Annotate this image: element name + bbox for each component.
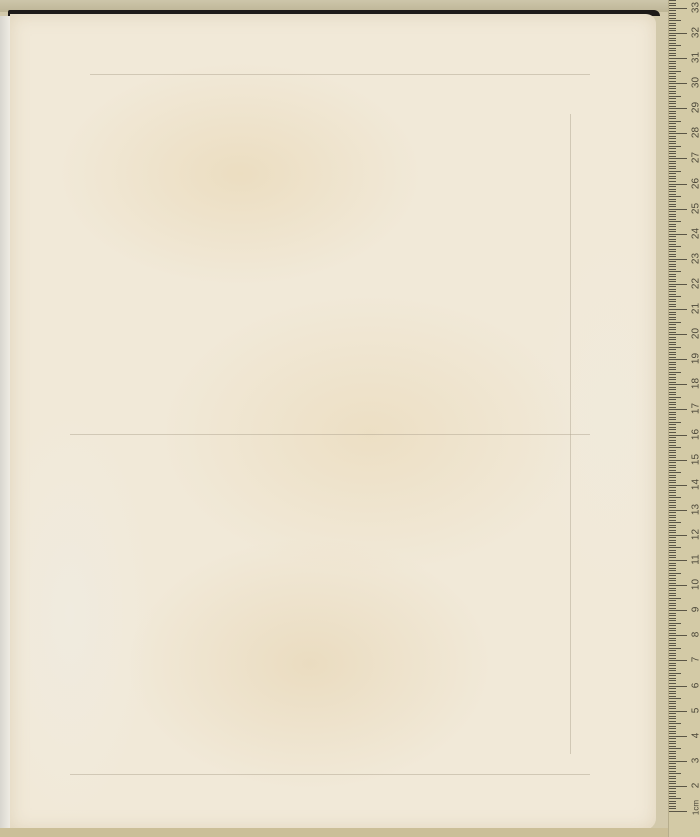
ruler-tick <box>669 168 676 169</box>
ruler-tick <box>669 359 687 360</box>
ruler-tick <box>669 58 687 59</box>
ruler-tick <box>669 181 676 182</box>
ruler-tick <box>669 557 676 558</box>
ruler-tick <box>669 638 676 639</box>
ruler-tick <box>669 216 676 217</box>
ruler-tick <box>669 15 676 16</box>
ruler-tick <box>669 204 676 205</box>
ruler-tick <box>669 299 676 300</box>
ruler-tick <box>669 673 681 674</box>
ruler-label: 21 <box>691 301 700 317</box>
ruler-tick <box>669 63 676 64</box>
ruler-tick <box>669 317 676 318</box>
ruler-tick <box>669 156 676 157</box>
ruler-tick <box>669 608 676 609</box>
ruler-tick <box>669 13 676 14</box>
ruler-label: 16 <box>691 426 700 442</box>
ruler-tick <box>669 811 687 812</box>
ruler-tick <box>669 327 676 328</box>
ruler-tick <box>669 688 676 689</box>
ruler-label: 23 <box>691 250 700 266</box>
ruler-tick <box>669 686 687 687</box>
ruler-tick <box>669 771 676 772</box>
ruler-tick <box>669 81 676 82</box>
ruler-tick <box>669 613 676 614</box>
ruler-tick <box>669 352 676 353</box>
ruler-tick <box>669 555 676 556</box>
ruler-tick <box>669 768 676 769</box>
ruler-tick <box>669 605 676 606</box>
ruler-tick <box>669 407 676 408</box>
ruler-tick <box>669 696 676 697</box>
ruler-tick <box>669 40 676 41</box>
ruler-tick <box>669 324 676 325</box>
ruler-label: 28 <box>691 125 700 141</box>
ruler-tick <box>669 645 676 646</box>
ruler-tick <box>669 507 676 508</box>
ruler-tick <box>669 241 676 242</box>
ruler-label: 7 <box>691 652 700 668</box>
ruler-tick <box>669 452 676 453</box>
ruler-tick <box>669 404 676 405</box>
ruler-tick <box>669 766 676 767</box>
ruler-tick <box>669 683 676 684</box>
ruler-tick <box>669 314 676 315</box>
ruler-tick <box>669 487 676 488</box>
ruler-tick <box>669 261 676 262</box>
ruler-tick <box>669 128 676 129</box>
ruler-tick <box>669 738 676 739</box>
ruler-tick <box>669 623 681 624</box>
ruler-tick <box>669 103 676 104</box>
ruler-tick <box>669 146 681 147</box>
ruler-tick <box>669 367 676 368</box>
ruler-tick <box>669 106 676 107</box>
ruler-label: 30 <box>691 75 700 91</box>
ruler-tick <box>669 736 687 737</box>
ruler-tick <box>669 387 676 388</box>
ruler-tick <box>669 236 676 237</box>
ruler-tick <box>669 472 681 473</box>
ruler-tick <box>669 502 676 503</box>
ruler-tick <box>669 294 676 295</box>
ruler-tick <box>669 23 676 24</box>
ruler-tick <box>669 711 687 712</box>
ruler-tick <box>669 55 676 56</box>
ruler-tick <box>669 191 676 192</box>
ruler-tick <box>669 467 676 468</box>
ruler-tick <box>669 409 687 410</box>
ruler-tick <box>669 440 676 441</box>
ruler-tick <box>669 369 676 370</box>
ruler-tick <box>669 226 676 227</box>
ruler-tick <box>669 414 676 415</box>
ruler-tick <box>669 397 681 398</box>
ruler-tick <box>669 457 676 458</box>
ruler-tick <box>669 475 676 476</box>
ruler-tick <box>669 427 676 428</box>
ruler-tick <box>669 758 676 759</box>
ruler-tick <box>669 88 676 89</box>
ruler-tick <box>669 552 676 553</box>
ruler-label: 18 <box>691 376 700 392</box>
ruler-tick <box>669 322 681 323</box>
ruler-tick <box>669 432 676 433</box>
ruler-tick <box>669 575 676 576</box>
ruler-tick <box>669 219 676 220</box>
ruler-tick <box>669 485 687 486</box>
ruler-tick <box>669 389 676 390</box>
ruler-tick <box>669 349 676 350</box>
ruler-tick <box>669 716 676 717</box>
ruler-tick <box>669 650 676 651</box>
ruler-tick <box>669 161 676 162</box>
ruler-tick <box>669 447 681 448</box>
ruler-tick <box>669 211 676 212</box>
ruler-tick <box>669 680 676 681</box>
ruler-tick <box>669 731 676 732</box>
ruler-tick <box>669 256 676 257</box>
ruler-tick <box>669 176 676 177</box>
ruler-tick <box>669 490 676 491</box>
ruler-tick <box>669 535 687 536</box>
ruler-tick <box>669 510 687 511</box>
ruler-tick <box>669 796 676 797</box>
ruler-tick <box>669 517 676 518</box>
ruler-tick <box>669 276 676 277</box>
ruler-unit-label: 1cm <box>692 800 700 816</box>
ruler-tick <box>669 173 676 174</box>
ruler-tick <box>669 148 676 149</box>
ruler-tick <box>669 668 676 669</box>
ruler-tick <box>669 708 676 709</box>
ruler-tick <box>669 93 676 94</box>
ruler-tick <box>669 741 676 742</box>
ruler-tick <box>669 665 676 666</box>
ruler-tick <box>669 663 676 664</box>
ruler-label: 26 <box>691 175 700 191</box>
ruler-tick <box>669 394 676 395</box>
ruler-tick <box>669 763 676 764</box>
ruler-tick <box>669 618 676 619</box>
ruler-tick <box>669 670 676 671</box>
ruler-tick <box>669 520 676 521</box>
ruler-tick <box>669 570 676 571</box>
blank-page <box>10 14 656 830</box>
ruler-tick <box>669 334 687 335</box>
ruler-tick <box>669 560 687 561</box>
ruler-tick <box>669 153 676 154</box>
ruler-tick <box>669 733 676 734</box>
ruler-tick <box>669 286 676 287</box>
ruler-label: 20 <box>691 326 700 342</box>
ruler-tick <box>669 319 676 320</box>
ruler-label: 32 <box>691 24 700 40</box>
ruler-tick <box>669 259 687 260</box>
ruler-tick <box>669 143 676 144</box>
ruler-tick <box>669 239 676 240</box>
ruler-tick <box>669 402 676 403</box>
ruler-tick <box>669 580 676 581</box>
ruler-label: 12 <box>691 526 700 542</box>
ruler-tick <box>669 505 676 506</box>
ruler-tick <box>669 743 676 744</box>
ruler-tick <box>669 640 676 641</box>
ruler-tick <box>669 392 676 393</box>
ruler-tick <box>669 751 676 752</box>
ruler-tick <box>669 429 676 430</box>
ruler-label: 19 <box>691 351 700 367</box>
ruler-tick <box>669 71 681 72</box>
ruler-tick <box>669 229 676 230</box>
ruler-tick <box>669 578 676 579</box>
ruler-tick <box>669 590 676 591</box>
ruler-tick <box>669 455 676 456</box>
ruler-tick <box>669 547 681 548</box>
ruler-label: 31 <box>691 50 700 66</box>
ruler-tick <box>669 296 681 297</box>
ruler-tick <box>669 342 676 343</box>
ruler-tick <box>669 20 681 21</box>
page-crease <box>90 74 590 75</box>
ruler-tick <box>669 698 681 699</box>
ruler-tick <box>669 5 676 6</box>
ruler-label: 25 <box>691 200 700 216</box>
ruler-tick <box>669 251 676 252</box>
ruler-tick <box>669 776 676 777</box>
ruler-tick <box>669 254 676 255</box>
ruler-tick <box>669 329 676 330</box>
ruler-tick <box>669 412 676 413</box>
ruler-tick <box>669 118 676 119</box>
ruler-tick <box>669 289 676 290</box>
ruler-tick <box>669 33 687 34</box>
ruler-tick <box>669 658 676 659</box>
ruler-tick <box>669 98 676 99</box>
ruler-tick <box>669 83 687 84</box>
ruler-tick <box>669 748 681 749</box>
ruler-tick <box>669 354 676 355</box>
ruler-tick <box>669 131 676 132</box>
ruler-tick <box>669 773 681 774</box>
ruler-tick <box>669 25 676 26</box>
ruler-label: 3 <box>691 752 700 768</box>
ruler-tick <box>669 61 676 62</box>
ruler-tick <box>669 482 676 483</box>
ruler-tick <box>669 141 676 142</box>
ruler-tick <box>669 301 676 302</box>
ruler-tick <box>669 522 681 523</box>
ruler-tick <box>669 274 676 275</box>
ruler-tick <box>669 721 676 722</box>
measuring-ruler: 1cm2345678910111213141516171819202122232… <box>668 0 700 837</box>
ruler-label: 17 <box>691 401 700 417</box>
ruler-tick <box>669 344 676 345</box>
ruler-tick <box>669 384 687 385</box>
ruler-tick <box>669 530 676 531</box>
ruler-tick <box>669 304 676 305</box>
ruler-tick <box>669 791 676 792</box>
ruler-tick <box>669 497 681 498</box>
ruler-tick <box>669 512 676 513</box>
ruler-tick <box>669 266 676 267</box>
page-crease <box>70 434 590 435</box>
page-crease <box>70 774 590 775</box>
ruler-tick <box>669 540 676 541</box>
ruler-tick <box>669 756 676 757</box>
ruler-tick <box>669 244 676 245</box>
ruler-tick <box>669 35 676 36</box>
ruler-tick <box>669 583 676 584</box>
ruler-tick <box>669 598 681 599</box>
ruler-tick <box>669 532 676 533</box>
ruler-tick <box>669 480 676 481</box>
ruler-tick <box>669 38 676 39</box>
ruler-tick <box>669 269 676 270</box>
ruler-label: 9 <box>691 602 700 618</box>
ruler-tick <box>669 86 676 87</box>
ruler-tick <box>669 166 676 167</box>
ruler-tick <box>669 477 676 478</box>
ruler-label: 11 <box>691 552 700 568</box>
ruler-tick <box>669 643 676 644</box>
ruler-tick <box>669 470 676 471</box>
ruler-tick <box>669 723 681 724</box>
ruler-tick <box>669 593 676 594</box>
ruler-tick <box>669 537 676 538</box>
ruler-tick <box>669 691 676 692</box>
ruler-tick <box>669 565 676 566</box>
ruler-tick <box>669 628 676 629</box>
ruler-label: 27 <box>691 150 700 166</box>
ruler-tick <box>669 43 676 44</box>
ruler-tick <box>669 306 676 307</box>
ruler-tick <box>669 568 676 569</box>
ruler-tick <box>669 206 676 207</box>
ruler-tick <box>669 781 676 782</box>
ruler-tick <box>669 783 676 784</box>
ruler-tick <box>669 184 687 185</box>
ruler-tick <box>669 462 676 463</box>
ruler-tick <box>669 786 687 787</box>
ruler-tick <box>669 8 687 9</box>
ruler-tick <box>669 615 676 616</box>
ruler-tick <box>669 460 687 461</box>
ruler-tick <box>669 123 676 124</box>
ruler-tick <box>669 53 676 54</box>
ruler-tick <box>669 158 687 159</box>
ruler-tick <box>669 635 687 636</box>
ruler-tick <box>669 603 676 604</box>
ruler-tick <box>669 45 681 46</box>
ruler-tick <box>669 495 676 496</box>
ruler-label: 33 <box>691 0 700 15</box>
ruler-tick <box>669 706 676 707</box>
ruler-tick <box>669 620 676 621</box>
ruler-tick <box>669 121 681 122</box>
ruler-tick <box>669 73 676 74</box>
ruler-tick <box>669 339 676 340</box>
ruler-tick <box>669 199 676 200</box>
ruler-tick <box>669 18 676 19</box>
ruler-label: 8 <box>691 627 700 643</box>
ruler-tick <box>669 746 676 747</box>
ruler-tick <box>669 78 676 79</box>
ruler-tick <box>669 108 687 109</box>
ruler-tick <box>669 718 676 719</box>
ruler-label: 6 <box>691 677 700 693</box>
ruler-tick <box>669 419 676 420</box>
ruler-tick <box>669 76 676 77</box>
ruler-tick <box>669 377 676 378</box>
ruler-tick <box>669 246 681 247</box>
ruler-tick <box>669 372 681 373</box>
ruler-label: 4 <box>691 727 700 743</box>
ruler-tick <box>669 588 676 589</box>
ruler-tick <box>669 113 676 114</box>
ruler-tick <box>669 424 676 425</box>
ruler-tick <box>669 701 676 702</box>
ruler-tick <box>669 798 681 799</box>
ruler-tick <box>669 224 676 225</box>
ruler-tick <box>669 500 676 501</box>
ruler-tick <box>669 337 676 338</box>
ruler-tick <box>669 271 681 272</box>
ruler-tick <box>669 625 676 626</box>
ruler-tick <box>669 0 676 1</box>
ruler-tick <box>669 515 676 516</box>
ruler-label: 24 <box>691 225 700 241</box>
ruler-tick <box>669 808 676 809</box>
ruler-tick <box>669 234 687 235</box>
ruler-tick <box>669 450 676 451</box>
ruler-tick <box>669 803 676 804</box>
ruler-tick <box>669 312 676 313</box>
ruler-tick <box>669 279 676 280</box>
ruler-tick <box>669 96 681 97</box>
ruler-tick <box>669 163 676 164</box>
ruler-label: 15 <box>691 451 700 467</box>
ruler-label: 10 <box>691 577 700 593</box>
ruler-tick <box>669 778 676 779</box>
ruler-tick <box>669 801 676 802</box>
ruler-tick <box>669 231 676 232</box>
ruler-tick <box>669 347 681 348</box>
ruler-tick <box>669 136 676 137</box>
ruler-tick <box>669 374 676 375</box>
ruler-tick <box>669 151 676 152</box>
ruler-label: 22 <box>691 275 700 291</box>
ruler-tick <box>669 595 676 596</box>
ruler-tick <box>669 442 676 443</box>
ruler-tick <box>669 465 676 466</box>
ruler-label: 13 <box>691 501 700 517</box>
ruler-tick <box>669 437 676 438</box>
ruler-tick <box>669 196 681 197</box>
ruler-tick <box>669 284 687 285</box>
ruler-tick <box>669 221 681 222</box>
ruler-tick <box>669 357 676 358</box>
ruler-tick <box>669 116 676 117</box>
ruler-tick <box>669 728 676 729</box>
ruler-tick <box>669 66 676 67</box>
ruler-tick <box>669 178 676 179</box>
bottom-margin-strip <box>0 828 670 837</box>
ruler-tick <box>669 28 676 29</box>
ruler-tick <box>669 675 676 676</box>
ruler-tick <box>669 332 676 333</box>
ruler-tick <box>669 753 676 754</box>
